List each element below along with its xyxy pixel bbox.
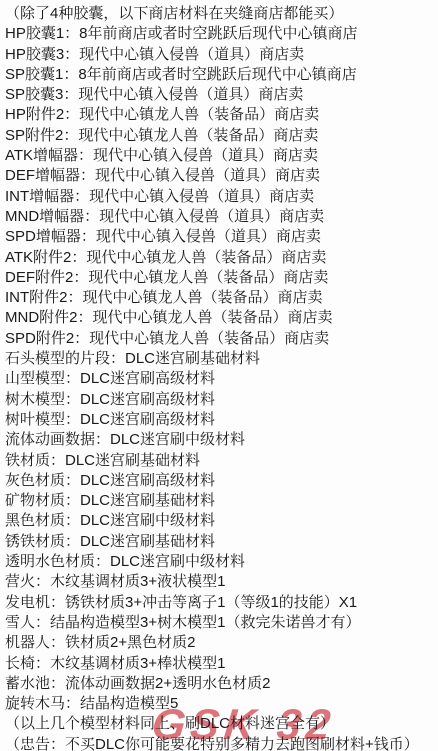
list-item: 黑色材质：DLC迷宫刷中级材料 bbox=[5, 511, 436, 531]
list-item: 发电机：锈铁材质3+冲击等离子1（等级1的技能）X1 bbox=[5, 593, 436, 613]
list-item: ATK增幅器：现代中心镇入侵兽（道具）商店卖 bbox=[5, 146, 436, 166]
list-item: 树木模型：DLC迷宫刷高级材料 bbox=[5, 390, 436, 410]
list-item: INT附件2：现代中心镇龙人兽（装备品）商店卖 bbox=[5, 288, 436, 308]
list-item: 蓄水池：流体动画数据2+透明水色材质2 bbox=[5, 674, 436, 694]
guide-document: （除了4种胶囊，以下商店材料在夹缝商店都能买） HP胶囊1：8年前商店或者时空跳… bbox=[0, 0, 438, 751]
list-item: 锈铁材质：DLC迷宫刷基础材料 bbox=[5, 532, 436, 552]
list-item: 机器人：铁材质2+黑色材质2 bbox=[5, 633, 436, 653]
list-item: HP胶囊3：现代中心镇入侵兽（道具）商店卖 bbox=[5, 45, 436, 65]
list-item: SPD增幅器：现代中心镇入侵兽（道具）商店卖 bbox=[5, 227, 436, 247]
list-item: 长椅：木纹基调材质3+棒状模型1 bbox=[5, 654, 436, 674]
list-item: 透明水色材质：DLC迷宫刷中级材料 bbox=[5, 552, 436, 572]
list-item: HP附件2：现代中心镇龙人兽（装备品）商店卖 bbox=[5, 105, 436, 125]
list-item: 树叶模型：DLC迷宫刷高级材料 bbox=[5, 410, 436, 430]
list-item: SPD附件2：现代中心镇龙人兽（装备品）商店卖 bbox=[5, 329, 436, 349]
list-item: 旋转木马：结晶构造模型5 bbox=[5, 694, 436, 714]
footer-note: （忠告：不买DLC你可能要花特别多精力去跑图刷材料+钱币） bbox=[5, 735, 436, 751]
list-item: MND增幅器：现代中心镇入侵兽（道具）商店卖 bbox=[5, 207, 436, 227]
list-item: SP附件2：现代中心镇龙人兽（装备品）商店卖 bbox=[5, 126, 436, 146]
list-item: INT增幅器：现代中心镇入侵兽（道具）商店卖 bbox=[5, 187, 436, 207]
list-item: HP胶囊1：8年前商店或者时空跳跃后现代中心镇商店 bbox=[5, 24, 436, 44]
list-item: 铁材质：DLC迷宫刷基础材料 bbox=[5, 451, 436, 471]
list-item: SP胶囊1：8年前商店或者时空跳跃后现代中心镇商店 bbox=[5, 65, 436, 85]
list-item: 山型模型：DLC迷宫刷高级材料 bbox=[5, 369, 436, 389]
list-item: DEF附件2：现代中心镇龙人兽（装备品）商店卖 bbox=[5, 268, 436, 288]
list-item: 石头模型的片段：DLC迷宫刷基础材料 bbox=[5, 349, 436, 369]
list-item: SP胶囊3：现代中心镇入侵兽（道具）商店卖 bbox=[5, 85, 436, 105]
material-list: HP胶囊1：8年前商店或者时空跳跃后现代中心镇商店HP胶囊3：现代中心镇入侵兽（… bbox=[5, 24, 436, 714]
list-item: 营火：木纹基调材质3+液状模型1 bbox=[5, 572, 436, 592]
list-item: 灰色材质：DLC迷宫刷高级材料 bbox=[5, 471, 436, 491]
list-item: 雪人：结晶构造模型3+树木模型1（救完朱诺兽才有） bbox=[5, 613, 436, 633]
header-note: （除了4种胶囊，以下商店材料在夹缝商店都能买） bbox=[5, 4, 436, 24]
list-item: 流体动画数据：DLC迷宫刷中级材料 bbox=[5, 430, 436, 450]
footer-note: （以上几个模型材料同上、刷DLC材料迷宫全有） bbox=[5, 714, 436, 734]
list-item: DEF增幅器：现代中心镇入侵兽（道具）商店卖 bbox=[5, 166, 436, 186]
list-item: 矿物材质：DLC迷宫刷基础材料 bbox=[5, 491, 436, 511]
list-item: ATK附件2：现代中心镇龙人兽（装备品）商店卖 bbox=[5, 248, 436, 268]
list-item: MND附件2：现代中心镇龙人兽（装备品）商店卖 bbox=[5, 308, 436, 328]
